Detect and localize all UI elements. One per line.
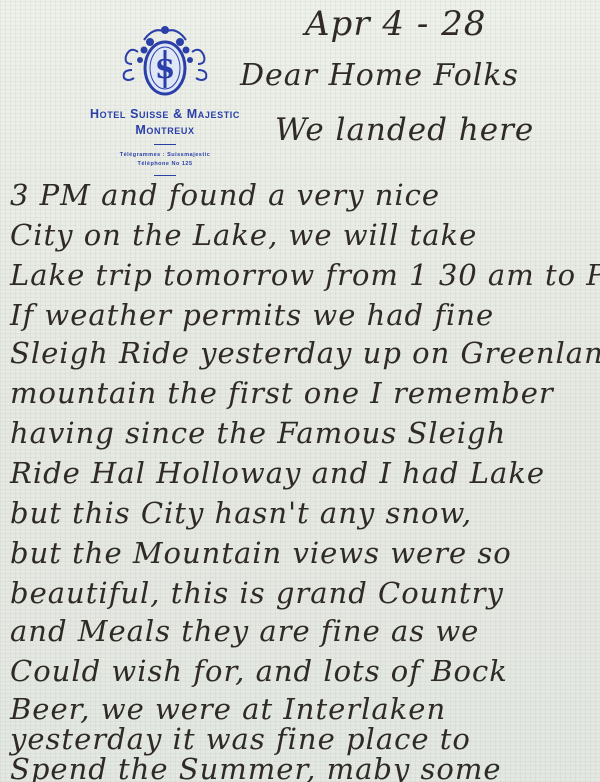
letter-opening-line: We landed here xyxy=(275,112,534,148)
hotel-telephone: Téléphone No 125 xyxy=(40,160,290,169)
letter-salutation: Dear Home Folks xyxy=(240,58,519,93)
letter-line: Beer, we were at Interlaken xyxy=(10,692,446,726)
letter-line: mountain the first one I remember xyxy=(10,376,554,410)
hotel-monogram-crest-icon: S xyxy=(110,22,220,100)
letter-line: Spend the Summer, maby some xyxy=(10,752,502,782)
hotel-name: Hotel Suisse & Majestic xyxy=(40,106,290,122)
letter-line: Sleigh Ride yesterday up on Greenland xyxy=(10,336,600,370)
letter-line: Lake trip tomorrow from 1 30 am to PM xyxy=(10,258,600,292)
letter-line: 3 PM and found a very nice xyxy=(10,178,440,212)
letter-line: and Meals they are fine as we xyxy=(10,614,479,648)
letter-line: Ride Hal Holloway and I had Lake xyxy=(10,456,545,490)
letter-line: Could wish for, and lots of Bock xyxy=(10,654,508,688)
letter-line: having since the Famous Sleigh xyxy=(10,416,506,450)
letter-line: but the Mountain views were so xyxy=(10,536,512,570)
letter-line: beautiful, this is grand Country xyxy=(10,576,504,610)
hotel-letterhead: S Hotel Suisse & Majestic Montreux Télég… xyxy=(40,22,290,182)
letter-line: City on the Lake, we will take xyxy=(10,218,477,252)
letter-line: yesterday it was fine place to xyxy=(10,722,471,756)
divider xyxy=(154,175,176,176)
letter-line: If weather permits we had fine xyxy=(10,298,494,332)
divider xyxy=(154,144,176,145)
hotel-telegrams: Télégrammes : Suissmajestic xyxy=(40,151,290,160)
letter-line: but this City hasn't any snow, xyxy=(10,496,472,530)
letter-date: Apr 4 - 28 xyxy=(305,4,486,44)
letter-page: S Hotel Suisse & Majestic Montreux Télég… xyxy=(0,0,600,782)
hotel-city: Montreux xyxy=(40,122,290,138)
